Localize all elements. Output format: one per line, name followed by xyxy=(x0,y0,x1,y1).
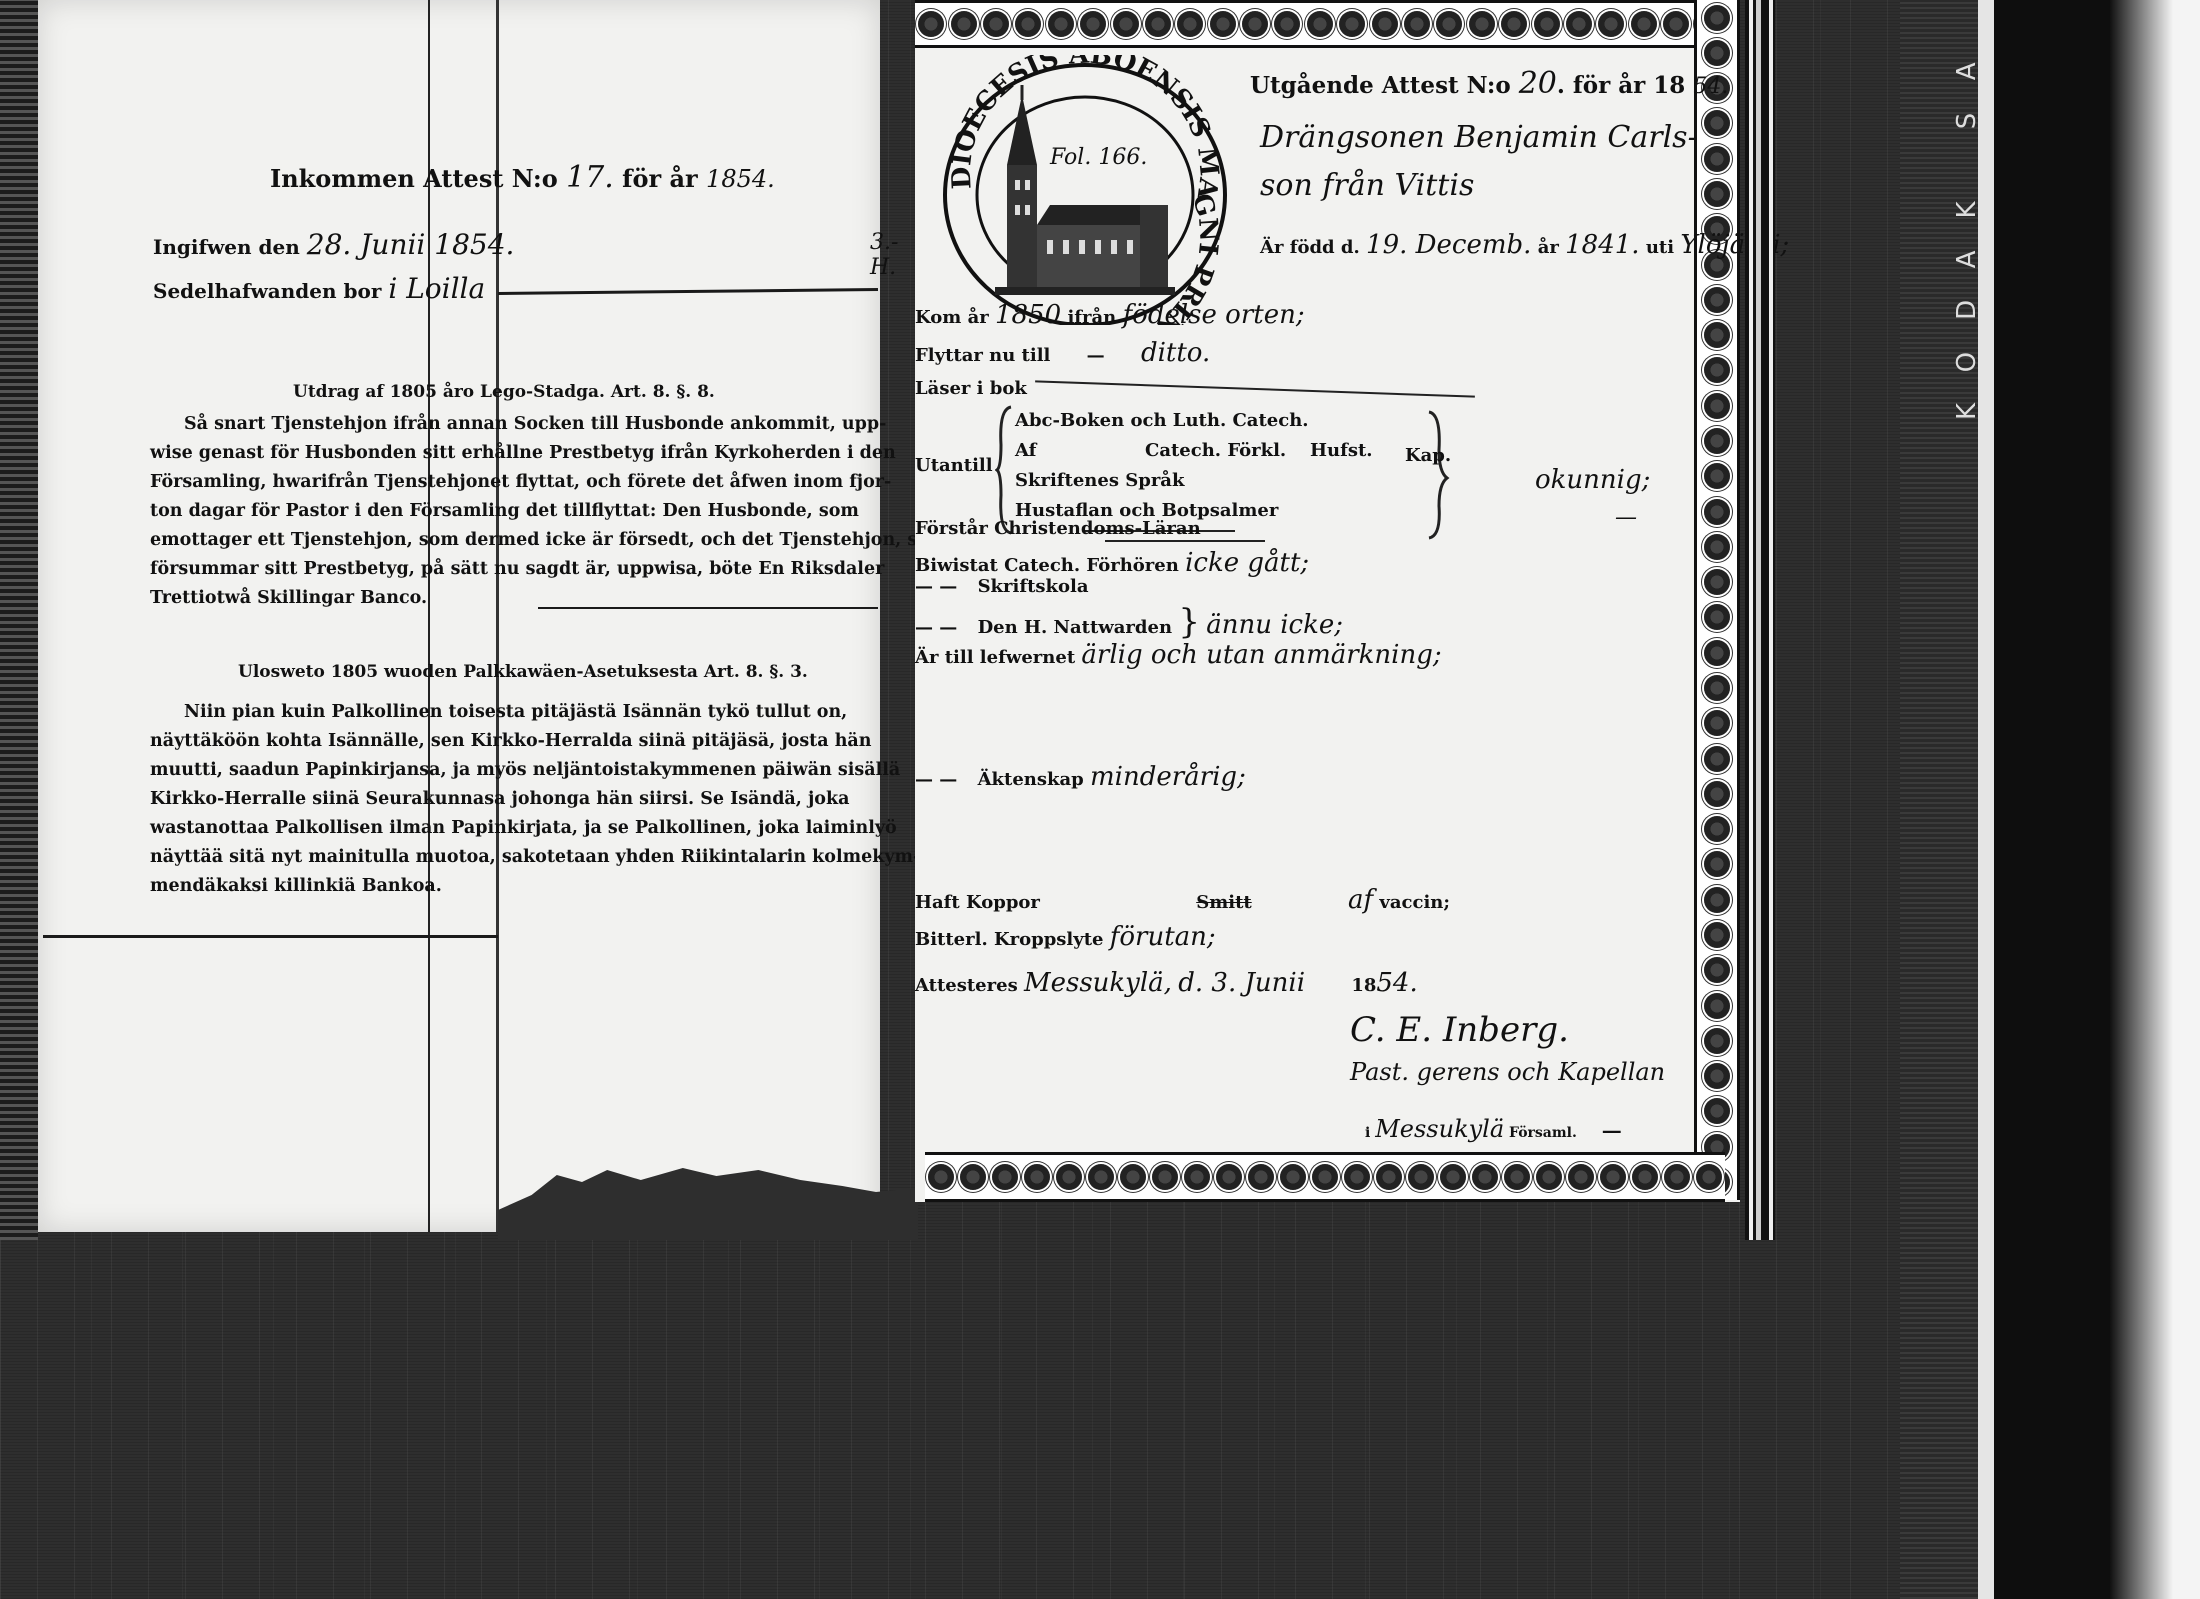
person-name-line-1: Drängsonen Benjamin Carls- xyxy=(1260,120,1698,155)
kroppslyte-field: Bitterl. Kroppslyte förutan; xyxy=(915,922,1216,952)
kodak-film-marking: KODAK SA xyxy=(1952,30,1978,730)
right-brace-icon xyxy=(1425,410,1455,540)
skriftskola-field: — — Skriftskola xyxy=(915,576,1089,597)
forstar-field: Förstår Christendoms-Läran xyxy=(915,518,1201,539)
flyttar-field: Flyttar nu till — ditto. xyxy=(915,338,1210,368)
birth-year: 1841. xyxy=(1565,230,1639,260)
ornamental-border-top xyxy=(915,0,1725,48)
swedish-law-heading: Utdrag af 1805 åro Lego-Stadga. Art. 8. … xyxy=(293,382,715,402)
incoming-attest-title: Inkommen Attest N:o 17. för år 1854. xyxy=(270,160,775,195)
divider-line xyxy=(43,935,498,938)
finnish-law-text: Niin pian kuin Palkollinen toisesta pitä… xyxy=(150,698,870,901)
catechism-item: Abc-Boken och Luth. Catech. xyxy=(1015,410,1309,431)
signature-name: C. E. Inberg. xyxy=(1350,1010,1569,1050)
attest-number: 20 xyxy=(1519,66,1557,101)
birth-date: 19. Decemb. xyxy=(1366,230,1531,260)
church-seal-icon: DIOECESIS ABOENSIS MAGNI PRINC. FINL. xyxy=(935,55,1235,325)
aktenskap-field: — — Äktenskap minderårig; xyxy=(915,762,1246,792)
attesteres-field: Attesteres Messukylä, d. 3. Junii 1854. xyxy=(915,968,1418,998)
residence-value: i Loilla xyxy=(388,272,485,305)
biwistat-field: Biwistat Catech. Förhören icke gått; xyxy=(915,548,1309,578)
catechism-item: Af xyxy=(1015,440,1036,461)
film-gap xyxy=(1978,0,1994,1599)
ingifwen-field: Ingifwen den 28. Junii 1854. xyxy=(153,228,514,261)
ornamental-border-right xyxy=(1694,0,1740,1200)
left-brace-icon xyxy=(995,405,1015,535)
ingifwen-date: 28. Junii 1854. xyxy=(307,228,515,261)
catechism-item: Catech. Förkl. xyxy=(1145,440,1286,461)
birth-field: Är född d. 19. Decemb. år 1841. uti Ylöj… xyxy=(1260,230,1789,260)
nattwarden-field: — — Den H. Nattwarden } ännu icke; xyxy=(915,602,1343,642)
diocese-seal: DIOECESIS ABOENSIS MAGNI PRINC. FINL. Fo… xyxy=(935,55,1235,325)
sedelhafwanden-field: Sedelhafwanden bor i Loilla xyxy=(153,272,485,305)
margin-note: 3.-H. xyxy=(870,230,898,280)
certificate-outer-edge xyxy=(1745,0,1775,1240)
incoming-attest-page: Inkommen Attest N:o 17. för år 1854. Ing… xyxy=(38,0,880,1232)
attest-number: 17. xyxy=(566,160,614,195)
forsamling-field: i Messukylä Församl. — xyxy=(1365,1115,1622,1143)
utantill-label: Utantill xyxy=(915,455,993,476)
catechism-item: Kap. xyxy=(1405,445,1451,466)
lefwernet-field: Är till lefwernet ärlig och utan anmärkn… xyxy=(915,640,1442,670)
koppor-field: Haft Koppor Smitt af vaccin; xyxy=(915,885,1450,915)
kom-field: Kom år 1850 ifrån födelse orten; xyxy=(915,300,1305,330)
finnish-law-heading: Ulosweto 1805 wuoden Palkkawäen-Asetukse… xyxy=(238,662,808,682)
catechism-item: Skriftenes Språk xyxy=(1015,470,1184,491)
film-fade xyxy=(2110,0,2200,1599)
ornamental-border-bottom xyxy=(925,1152,1725,1202)
swedish-law-text: Så snart Tjenstehjon ifrån annan Socken … xyxy=(150,410,870,613)
outgoing-attest-title: Utgående Attest N:o 20. för år 18 54. xyxy=(1250,66,1728,101)
folio-annotation: Fol. 166. xyxy=(1050,145,1147,170)
divider-line xyxy=(498,288,878,295)
person-name-line-2: son från Vittis xyxy=(1260,168,1474,203)
utantill-value: okunnig; xyxy=(1535,465,1650,495)
binding-edge xyxy=(0,0,38,1240)
outgoing-attest-certificate: DIOECESIS ABOENSIS MAGNI PRINC. FINL. Fo… xyxy=(915,0,1740,1202)
laser-i-bok-field: Läser i bok xyxy=(915,378,1027,399)
underline xyxy=(1035,380,1475,397)
torn-edge xyxy=(498,1140,918,1240)
forstar-value: — xyxy=(1615,505,1637,530)
catechism-item: Hufst. xyxy=(1310,440,1373,461)
signature-title: Past. gerens och Kapellan xyxy=(1350,1058,1665,1086)
